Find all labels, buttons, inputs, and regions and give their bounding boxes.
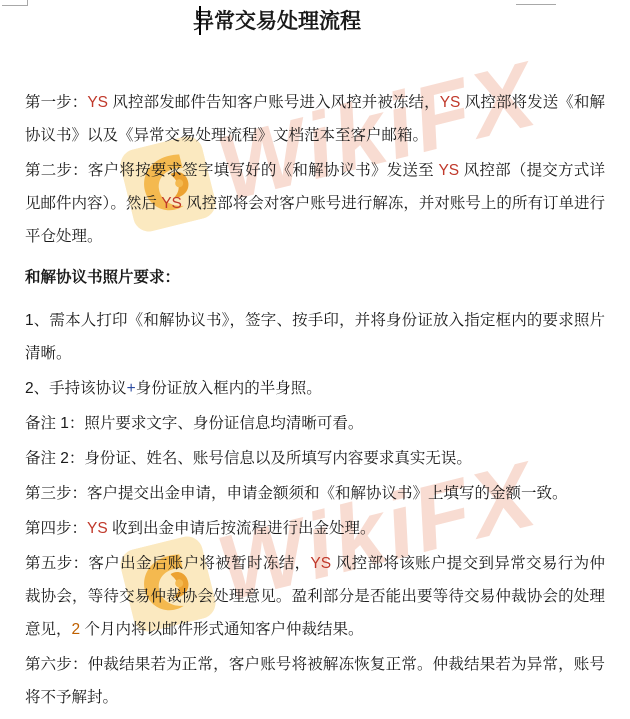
body-text: 第五步：客户出金后账户将被暂时冻结， xyxy=(25,555,310,572)
body-text: 和解协议书照片要求： xyxy=(25,269,180,286)
paragraph-step4: 第四步：YS 收到出金申请后按流程进行出金处理。 xyxy=(25,512,605,545)
document-page: WikiFX WikiFX 异常交易处理流程 第一步：YS 风控部发邮件告知客户… xyxy=(0,0,630,719)
paragraph-requirement-2: 2、手持该协议+身份证放入框内的半身照。 xyxy=(25,372,605,405)
paragraph-photo-requirements-heading: 和解协议书照片要求： xyxy=(25,261,605,294)
paragraph-requirement-1: 1、需本人打印《和解协议书》，签字、按手印，并将身份证放入指定框内的要求照片清晰… xyxy=(25,304,605,370)
document-body: 第一步：YS 风控部发邮件告知客户账号进入风控并被冻结，YS 风控部将发送《和解… xyxy=(25,86,605,716)
highlighted-text: + xyxy=(127,380,136,397)
paragraph-note-1: 备注 1：照片要求文字、身份证信息均清晰可看。 xyxy=(25,407,605,440)
highlighted-text: YS xyxy=(161,195,182,212)
body-text: 第二步：客户将按要求签字填写好的《和解协议书》发送至 xyxy=(25,162,438,179)
highlighted-text: YS xyxy=(440,94,461,111)
body-text: 风控部发邮件告知客户账号进入风控并被冻结， xyxy=(108,94,440,111)
paragraph-step6: 第六步：仲裁结果若为正常，客户账号将被解冻恢复正常。仲裁结果若为异常，账号将不予… xyxy=(25,648,605,714)
highlighted-text: 2 xyxy=(72,621,81,638)
paragraph-note-2: 备注 2：身份证、姓名、账号信息以及所填写内容要求真实无误。 xyxy=(25,442,605,475)
body-text: 第四步： xyxy=(25,520,87,537)
highlighted-text: YS xyxy=(87,94,108,111)
body-text: 第三步：客户提交出金申请，申请金额须和《和解协议书》上填写的金额一致。 xyxy=(25,485,568,502)
highlighted-text: YS xyxy=(87,520,108,537)
body-text: 个月内将以邮件形式通知客户仲裁结果。 xyxy=(80,621,363,638)
text-cursor xyxy=(199,6,201,35)
highlighted-text: YS xyxy=(310,555,331,572)
document-title: 异常交易处理流程 xyxy=(193,5,361,39)
paragraph-step1: 第一步：YS 风控部发邮件告知客户账号进入风控并被冻结，YS 风控部将发送《和解… xyxy=(25,86,605,152)
paragraph-step5: 第五步：客户出金后账户将被暂时冻结，YS 风控部将该账户提交到异常交易行为仲裁协… xyxy=(25,547,605,646)
body-text: 收到出金申请后按流程进行出金处理。 xyxy=(108,520,376,537)
body-text: 备注 1：照片要求文字、身份证信息均清晰可看。 xyxy=(25,415,363,432)
body-text: 2、手持该协议 xyxy=(25,380,127,397)
paragraph-step2: 第二步：客户将按要求签字填写好的《和解协议书》发送至 YS 风控部（提交方式详见… xyxy=(25,154,605,253)
paragraph-step3: 第三步：客户提交出金申请，申请金额须和《和解协议书》上填写的金额一致。 xyxy=(25,477,605,510)
body-text: 第六步：仲裁结果若为正常，客户账号将被解冻恢复正常。仲裁结果若为异常，账号将不予… xyxy=(25,656,605,706)
title-row: 异常交易处理流程 xyxy=(0,5,592,39)
highlighted-text: YS xyxy=(438,162,459,179)
body-text: 第一步： xyxy=(25,94,87,111)
body-text: 备注 2：身份证、姓名、账号信息以及所填写内容要求真实无误。 xyxy=(25,450,472,467)
body-text: 身份证放入框内的半身照。 xyxy=(136,380,322,397)
body-text: 1、需本人打印《和解协议书》，签字、按手印，并将身份证放入指定框内的要求照片清晰… xyxy=(25,312,605,362)
